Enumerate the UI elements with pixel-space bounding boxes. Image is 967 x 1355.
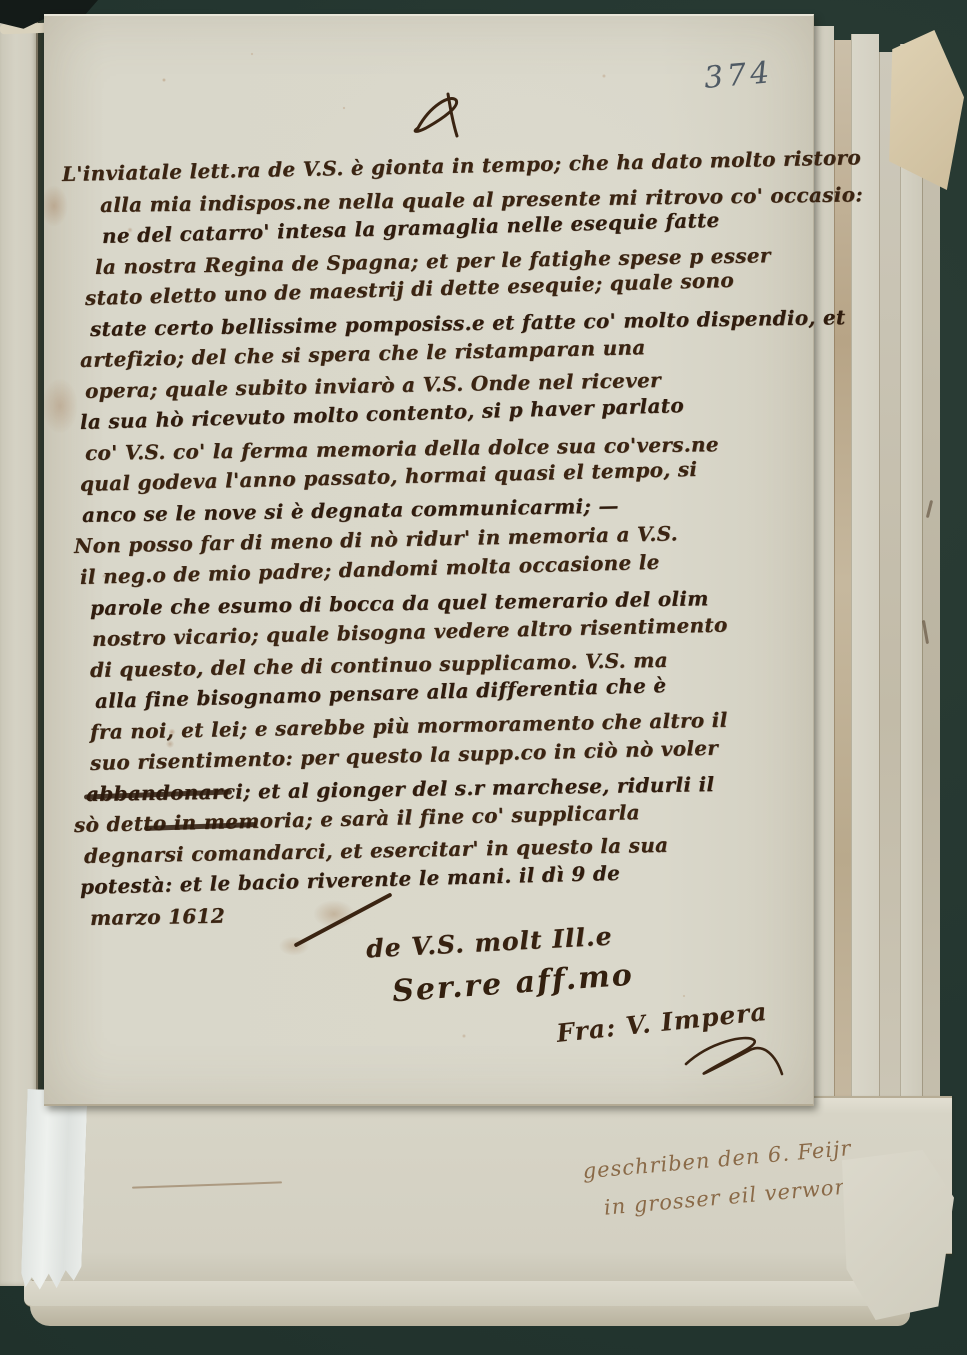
stacked-page-edge-stained	[834, 40, 851, 1245]
scanned-manuscript-page: geschriben den 6. Feijr in grosser eil v…	[0, 0, 967, 1355]
manuscript-page: 374 L'inviatale lett.ra de V.S. è gionta…	[44, 14, 814, 1106]
stacked-page-edge	[851, 34, 879, 1239]
signature-paraph-flourish	[680, 1030, 790, 1082]
bottom-stacked-sheet-edge	[30, 1252, 942, 1282]
stacked-page-edge	[900, 44, 922, 1224]
stacked-page-edge	[879, 52, 900, 1257]
page-number-pencil: 374	[703, 55, 775, 96]
invocation-cross-icon	[410, 88, 472, 144]
binding-cloth-tie	[20, 1089, 87, 1295]
sheet-below-main-page: geschriben den 6. Feijr in grosser eil v…	[36, 1096, 952, 1254]
bottom-stacked-sheet-edge	[30, 1306, 910, 1326]
letter-body: L'inviatale lett.ra de V.S. è gionta in …	[62, 160, 814, 960]
archival-note-underline	[132, 1181, 282, 1188]
bottom-stacked-sheet-edge	[24, 1281, 928, 1307]
